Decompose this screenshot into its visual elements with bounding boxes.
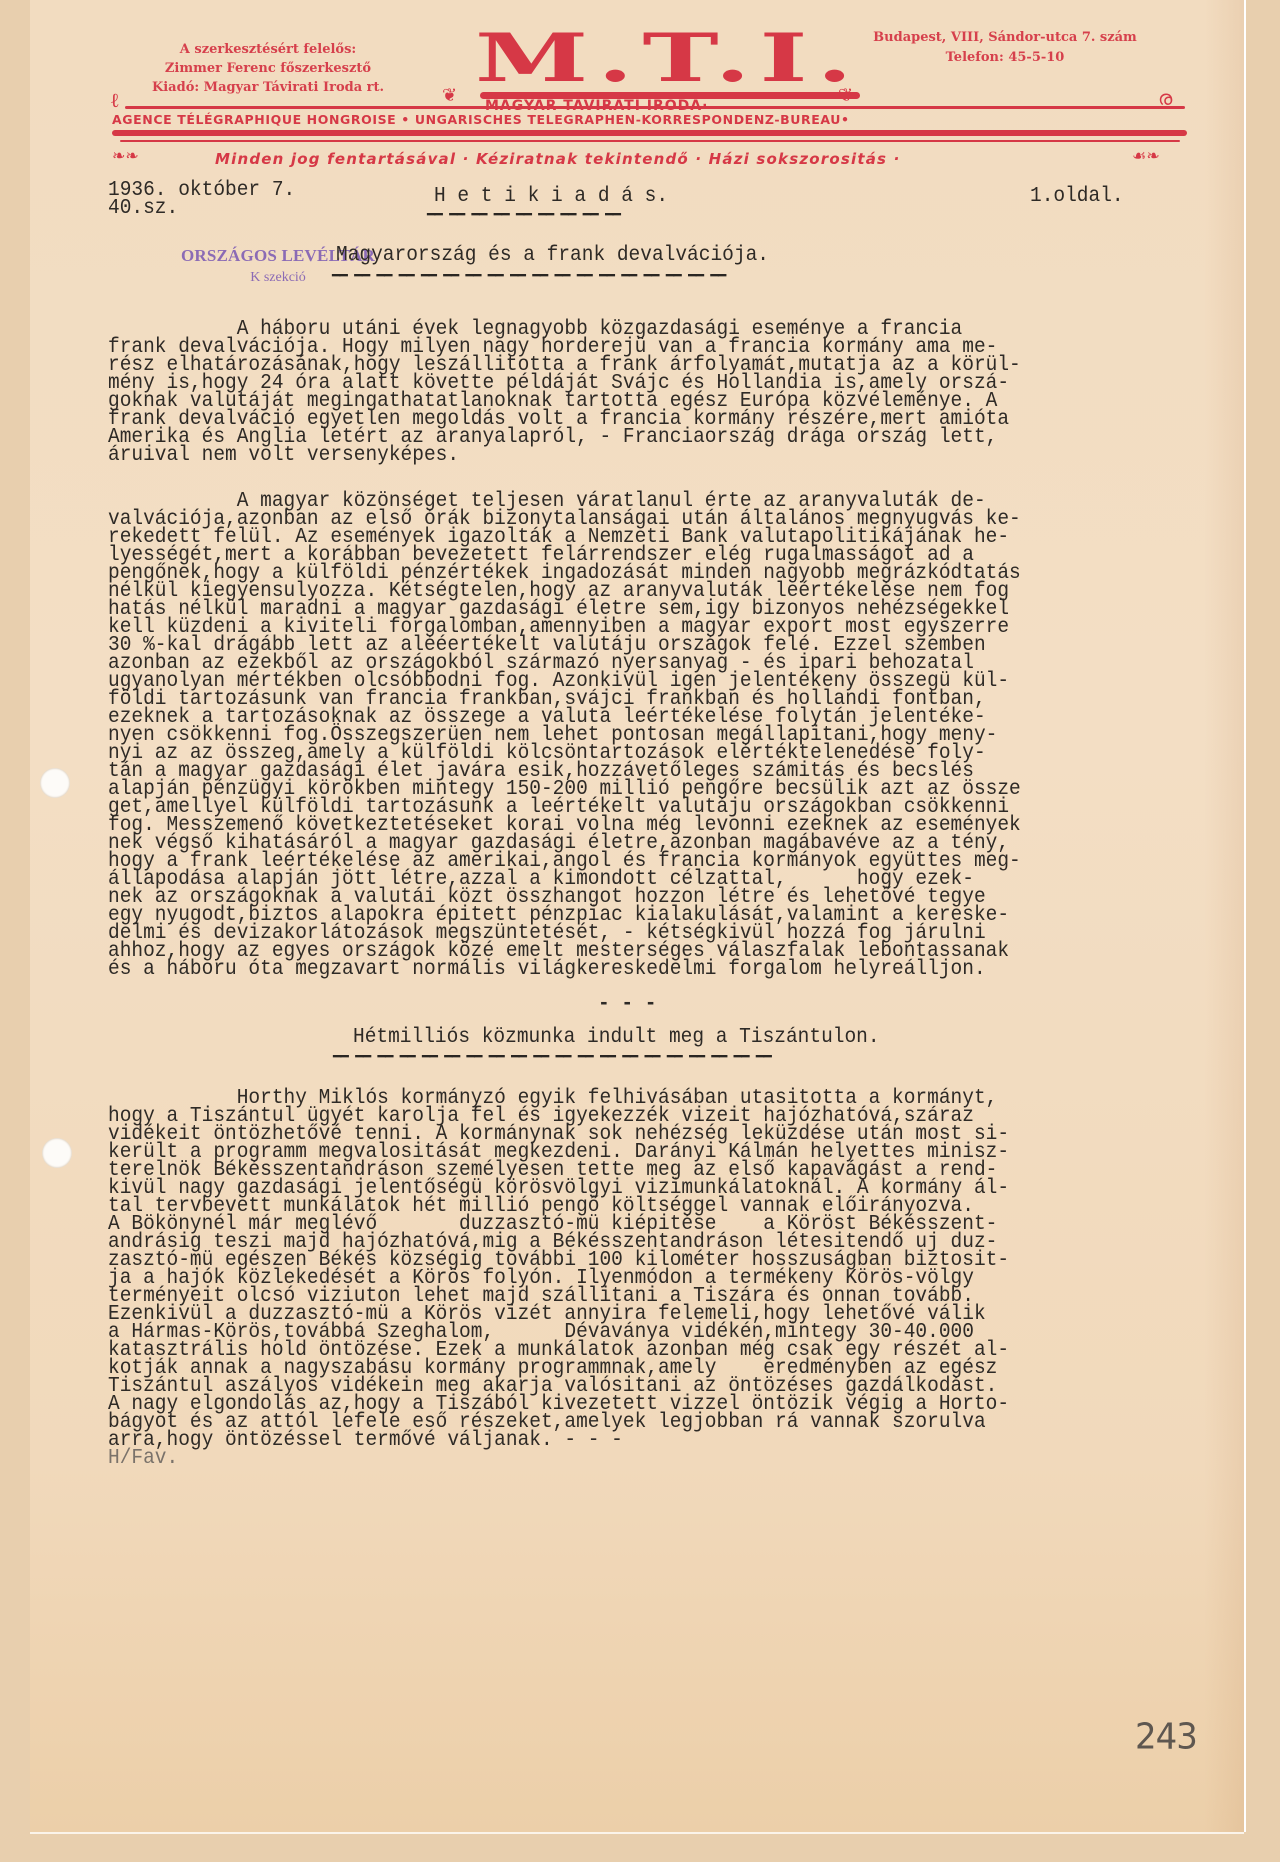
article-1-title: Magyarország és a frank devalvációja. [336,245,769,265]
issue-number: 40.sz. [108,198,178,218]
phone-line: Telefon: 45-5-10 [840,48,1170,68]
ornament-scroll-bottom-right: ☙❧ [1132,146,1160,166]
punch-hole-bottom [42,1138,72,1168]
editor-info: A szerkesztésért felelős: Zimmer Ferenc … [148,40,388,97]
punch-hole-top [40,768,70,798]
ornament-flourish-center: ❦ [442,86,457,106]
article-2-title-underline: ━━ ━━ ━━ ━━ ━━ ━━ ━━ ━━ ━━ ━━ ━━ ━━ ━━ ━… [333,1049,771,1066]
article-1-separator: - - - [598,994,657,1014]
address-line: Budapest, VIII, Sándor-utca 7. szám [840,28,1170,48]
publisher-line: Kiadó: Magyar Távirati Iroda rt. [148,78,388,97]
body-line: áruival nem volt versenyképes. [108,445,459,465]
page-label: 1.oldal. [1030,186,1124,206]
article-1-title-underline: ━━ ━━ ━━ ━━ ━━ ━━ ━━ ━━ ━━ ━━ ━━ ━━ ━━ ━… [332,268,725,285]
ornament-scroll-bottom-left: ❧❧ [112,146,139,166]
letterhead-motto: Minden jog fentartásával · Kéziratnak te… [215,150,901,168]
band-subtitle: AGENCE TÉLÉGRAPHIQUE HONGROISE • UNGARIS… [112,112,850,127]
band-rule-bottom-thin [120,140,1180,142]
typist-initials: H/Fav. [108,1448,178,1468]
ornament-scroll-right: ര [1158,88,1172,108]
ornament-scroll-left: ℓ [110,90,120,110]
address-info: Budapest, VIII, Sándor-utca 7. szám Tele… [840,28,1170,68]
ornament-flourish-center-right: ❦ [838,86,853,106]
edition-underline: ━━ ━━ ━━ ━━ ━━ ━━ ━━ ━━ ━━ [427,207,620,224]
body-line: arra,hogy öntözéssel termővé váljanak. -… [108,1430,623,1450]
editor-line-1: A szerkesztésért felelős: [148,40,388,59]
band-rule-bottom [112,130,1187,136]
edition-title: H e t i k i a d á s. [434,186,668,206]
archive-page-number: 243 [1135,1716,1197,1758]
article-2-title: Hétmilliós közmunka indult meg a Tiszánt… [353,1027,880,1047]
body-line: és a háboru óta megzavart normális világ… [108,959,986,979]
document-page: A szerkesztésért felelős: Zimmer Ferenc … [30,0,1244,1832]
editor-line-2: Zimmer Ferenc főszerkesztő [148,59,388,78]
